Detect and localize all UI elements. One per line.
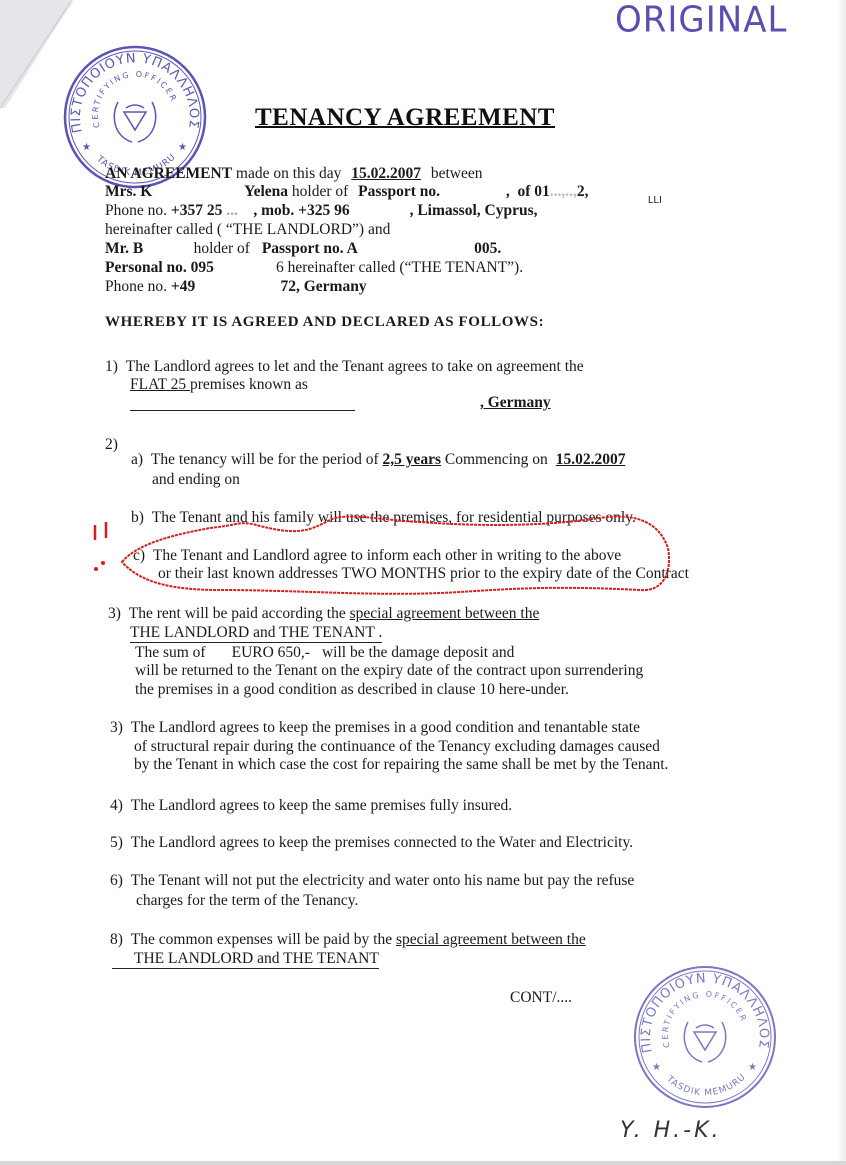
svg-text:★: ★	[82, 142, 91, 153]
clause-2-num: 2)	[105, 435, 118, 454]
clause-2c-line-2: or their last known addresses TWO MONTHS…	[158, 564, 689, 583]
svg-text:★: ★	[748, 1062, 757, 1073]
intro-line-6: Personal no. 095 6 hereinafter called (“…	[105, 258, 523, 277]
small-mark: LLI	[648, 195, 662, 206]
svg-text:TASDIK MEMURU: TASDIK MEMURU	[664, 1072, 749, 1098]
address-underline	[130, 410, 355, 411]
clause-2c: c) The Tenant and Landlord agree to info…	[133, 546, 621, 565]
intro-line-1: AN AGREEMENT made on this day 15.02.2007…	[105, 164, 483, 183]
redacted-text	[152, 182, 222, 201]
clause-6-line-2: charges for the term of the Tenancy.	[136, 891, 358, 910]
clause-3-deposit: The sum ofEURO 650,-will be the damage d…	[135, 643, 514, 662]
clause-1-country: , Germany	[480, 393, 551, 412]
clause-6: 6) The Tenant will not put the electrici…	[110, 871, 634, 890]
clause-8: 8) The common expenses will be paid by t…	[110, 930, 586, 949]
clause-1: 1) The Landlord agrees to let and the Te…	[105, 357, 584, 376]
intro-line-5: Mr. B holder of Passport no. A 005.	[105, 239, 501, 258]
clause-3-repair-line-3: by the Tenant in which case the cost for…	[134, 755, 668, 774]
clause-3-repair: 3) The Landlord agrees to keep the premi…	[110, 718, 640, 737]
svg-text:★: ★	[652, 1062, 661, 1073]
document-title: TENANCY AGREEMENT	[255, 104, 555, 132]
svg-text:★: ★	[178, 142, 187, 153]
intro-line-3: Phone no. +357 25 ... , mob. +325 96, Li…	[105, 201, 538, 220]
clause-3-rent: 3) The rent will be paid according the s…	[108, 604, 539, 623]
certifying-officer-seal-bottom: ΠΙΣΤΟΠΟΙΟΥΝ ΥΠΑΛΛΗΛΟΣ CERTIFYING OFFICER…	[630, 962, 780, 1112]
page-edge-bottom	[0, 1161, 846, 1165]
intro-line-4: hereinafter called ( “THE LANDLORD”) and	[105, 220, 390, 239]
clause-3-rent-line-5: the premises in a good condition as desc…	[135, 680, 569, 699]
clause-2b: b) The Tenant and his family will use th…	[131, 508, 636, 527]
continued-marker: CONT/....	[510, 988, 572, 1007]
signature-initials: Y. H.-K.	[620, 1118, 721, 1143]
svg-text:CERTIFYING OFFICER: CERTIFYING OFFICER	[661, 990, 749, 1049]
clause-3-repair-line-2: of structural repair during the continua…	[134, 737, 660, 756]
clause-3-rent-line-4: will be returned to the Tenant on the ex…	[135, 661, 643, 680]
intro-line-7: Phone no. +49 72, Germany	[105, 277, 367, 296]
original-stamp: ORIGINAL	[615, 0, 787, 41]
clause-8-line-2: THE LANDLORD and THE TENANT	[112, 949, 379, 969]
clause-2a: a) The tenancy will be for the period of…	[131, 450, 625, 469]
page-edge	[838, 0, 846, 1165]
declaration-heading: WHEREBY IT IS AGREED AND DECLARED AS FOL…	[105, 314, 544, 331]
clause-1-line-2: FLAT 25 premises known as	[130, 375, 308, 394]
clause-2a-line-2: and ending on	[152, 470, 240, 489]
clause-4: 4) The Landlord agrees to keep the same …	[110, 796, 512, 815]
svg-text:CERTIFYING OFFICER: CERTIFYING OFFICER	[91, 70, 179, 129]
intro-line-2: Mrs. K Yelena holder of Passport no. , o…	[105, 182, 589, 201]
clause-3-rent-line-2: THE LANDLORD and THE TENANT .	[130, 623, 382, 643]
clause-5: 5) The Landlord agrees to keep the premi…	[110, 833, 633, 852]
